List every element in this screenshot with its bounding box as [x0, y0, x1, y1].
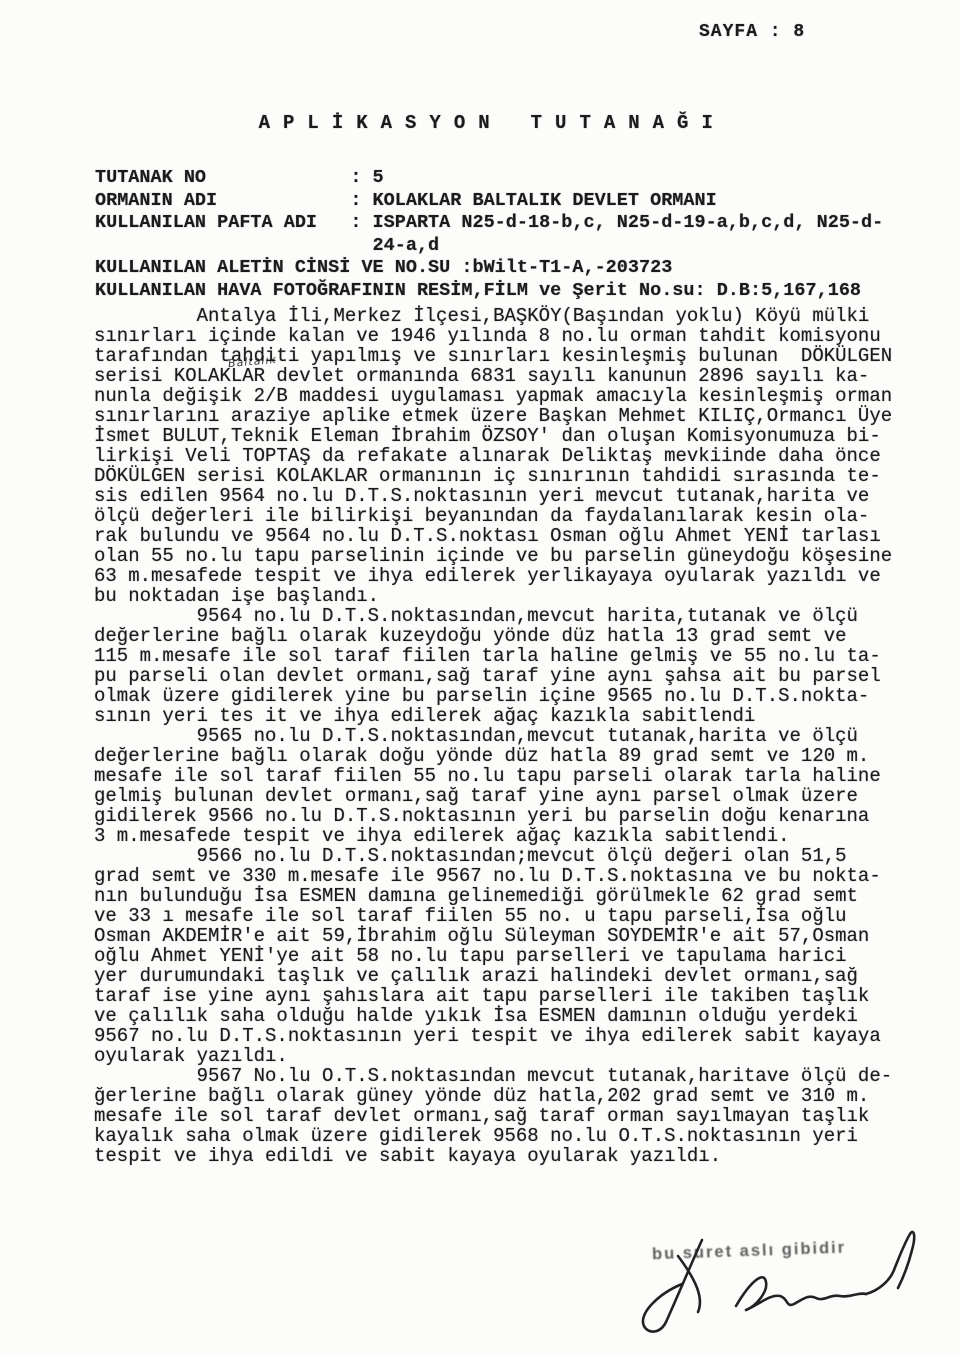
text-line: KULLANILAN PAFTA ADI : ISPARTA N25-d-18-…	[95, 212, 883, 235]
text-line: 9566 no.lu D.T.S.noktasından;mevcut ölçü…	[94, 846, 892, 866]
handwritten-signature-icon	[618, 1222, 938, 1357]
text-line: sının yeri tes it ve ihya edilerek ağaç …	[94, 706, 892, 726]
document-title: APLİKASYONTUTANAĞI	[213, 90, 726, 156]
title-word-aplikasyon: APLİKASYON	[259, 112, 503, 134]
text-line: ve çalılık saha olduğu halde yıkık İsa E…	[94, 1006, 892, 1026]
text-line: bu noktadan işe başlandı.	[94, 586, 892, 606]
text-line: tarafından tahditi yapılmış ve sınırları…	[94, 346, 892, 366]
text-line: serisi KOLAKLAR devlet ormanında 6831 sa…	[94, 366, 892, 386]
signature-stroke	[643, 1240, 702, 1332]
text-line: oyularak yazıldı.	[94, 1046, 892, 1066]
text-line: rak bulundu ve 9564 no.lu D.T.S.noktası …	[94, 526, 892, 546]
text-line: 63 m.mesafede tespit ve ihya edilerek ye…	[94, 566, 892, 586]
text-line: tespit ve ihya edildi ve sabit kayaya oy…	[94, 1146, 892, 1166]
text-line: Antalya İli,Merkez İlçesi,BAŞKÖY(Başında…	[94, 306, 892, 326]
text-line: 115 m.mesafe ile sol taraf fiilen tarla …	[94, 646, 892, 666]
signature-stroke	[736, 1277, 866, 1310]
text-line: 24-a,d	[95, 235, 883, 258]
text-line: 9567 No.lu O.T.S.noktasından mevcut tuta…	[94, 1066, 892, 1086]
text-line: 9565 no.lu D.T.S.noktasından,mevcut tuta…	[94, 726, 892, 746]
signature-block: bu suret aslı gibidir	[618, 1222, 938, 1357]
text-line: Osman AKDEMİR'e ait 59,İbrahim oğlu Süle…	[94, 926, 892, 946]
header-fields: TUTANAK NO : 5ORMANIN ADI : KOLAKLAR BAL…	[95, 167, 883, 302]
text-line: KULLANILAN HAVA FOTOĞRAFININ RESİM,FİLM …	[95, 280, 883, 303]
text-line: mesafe ile sol taraf fiilen 55 no.lu tap…	[94, 766, 892, 786]
text-line: KULLANILAN ALETİN CİNSİ VE NO.SU :bWilt-…	[95, 257, 883, 280]
text-line: değerlerine bağlı olarak kuzeydoğu yönde…	[94, 626, 892, 646]
text-line: 9567 no.lu D.T.S.noktasının yeri tespit …	[94, 1026, 892, 1046]
text-line: sınırları içinde kalan ve 1946 yılında 8…	[94, 326, 892, 346]
text-line: grad semt ve 330 m.mesafe ile 9567 no.lu…	[94, 866, 892, 886]
text-line: sis edilen 9564 no.lu D.T.S.noktasının y…	[94, 486, 892, 506]
text-line: pu parseli olan devlet ormanı,sağ taraf …	[94, 666, 892, 686]
text-line: DÖKÜLGEN serisi KOLAKLAR ormanının iç sı…	[94, 466, 892, 486]
text-line: 9564 no.lu D.T.S.noktasından,mevcut hari…	[94, 606, 892, 626]
text-line: gelmiş bulunan devlet ormanı,sağ taraf y…	[94, 786, 892, 806]
text-line: kayalık saha olmak üzere gidilerek 9568 …	[94, 1126, 892, 1146]
text-line: mesafe ile sol taraf devlet ormanı,sağ t…	[94, 1106, 892, 1126]
text-line: nın bulunduğu İsa ESMEN damına gelinemed…	[94, 886, 892, 906]
text-line: olmak üzere gidilerek yine bu parselin i…	[94, 686, 892, 706]
text-line: oğlu Ahmet YENİ'ye ait 58 no.lu tapu par…	[94, 946, 892, 966]
text-line: olan 55 no.lu tapu parselinin içinde ve …	[94, 546, 892, 566]
body-text: Antalya İli,Merkez İlçesi,BAŞKÖY(Başında…	[94, 306, 892, 1166]
text-line: ORMANIN ADI : KOLAKLAR BALTALIK DEVLET O…	[95, 190, 883, 213]
text-line: İsmet BULUT,Teknik Eleman İbrahim ÖZSOY'…	[94, 426, 892, 446]
text-line: sınırlarını araziye aplike etmek üzere B…	[94, 406, 892, 426]
signature-stroke	[866, 1232, 914, 1294]
text-line: nunla değişik 2/B maddesi uygulaması yap…	[94, 386, 892, 406]
text-line: değerlerine bağlı olarak doğu yönde düz …	[94, 746, 892, 766]
text-line: ğerlerine bağlı olarak güney yönde düz h…	[94, 1086, 892, 1106]
text-line: taraf ise yine aynı şahıslara ait tapu p…	[94, 986, 892, 1006]
text-line: TUTANAK NO : 5	[95, 167, 883, 190]
scanned-document-page: SAYFA : 8 APLİKASYONTUTANAĞI TUTANAK NO …	[0, 0, 960, 1357]
text-line: ve 33 ı mesafe ile sol taraf fiilen 55 n…	[94, 906, 892, 926]
text-line: 3 m.mesafede tespit ve ihya edilerek ağa…	[94, 826, 892, 846]
page-number: SAYFA : 8	[699, 22, 805, 42]
text-line: ölçü değerleri ile bilirkişi beyanından …	[94, 506, 892, 526]
title-word-tutanagi: TUTANAĞI	[531, 112, 726, 134]
text-line: lirkişi Veli TOPTAŞ da refakate alınarak…	[94, 446, 892, 466]
text-line: yer durumundaki taşlık ve çalılık arazi …	[94, 966, 892, 986]
text-line: gidilerek 9566 no.lu D.T.S.noktasının ye…	[94, 806, 892, 826]
